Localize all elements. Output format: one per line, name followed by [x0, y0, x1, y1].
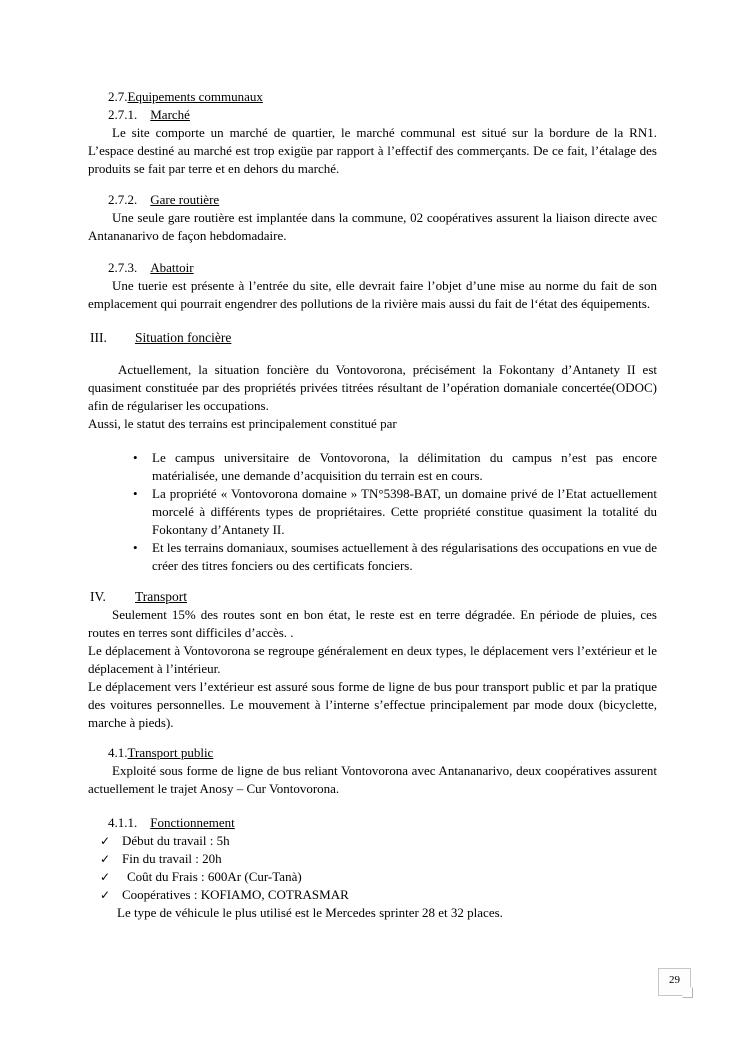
paragraph-transport-3: Le déplacement vers l’extérieur est assu… [88, 678, 657, 732]
heading-2-7-1-title: Marché [150, 107, 190, 122]
bullet-text: Et les terrains domaniaux, soumises actu… [152, 540, 657, 573]
heading-iii-title: Situation foncière [135, 330, 231, 345]
heading-4-1-1: 4.1.1.Fonctionnement [108, 814, 657, 832]
heading-2-7-number: 2.7. [108, 89, 128, 104]
document-content: 2.7.Equipements communaux 2.7.1.Marché L… [88, 88, 657, 922]
heading-iii-number: III. [90, 329, 135, 347]
heading-4-1-title: Transport public [128, 745, 214, 760]
paragraph-transport-1: Seulement 15% des routes sont en bon éta… [88, 606, 657, 642]
bullet-item-campus: •Le campus universitaire de Vontovorona,… [88, 449, 657, 485]
checklist-item-cout: ✓Coût du Frais : 600Ar (Cur-Tanà) [88, 868, 657, 886]
bullet-text: Le campus universitaire de Vontovorona, … [152, 450, 657, 483]
heading-iv-title: Transport [135, 589, 187, 604]
bullet-item-propriete: •La propriété « Vontovorona domaine » TN… [88, 485, 657, 539]
heading-4-1-1-number: 4.1.1. [108, 815, 137, 830]
heading-2-7-3: 2.7.3.Abattoir [108, 259, 657, 277]
checklist-text: Début du travail : 5h [122, 833, 230, 848]
check-icon: ✓ [100, 832, 110, 850]
heading-4-1-number: 4.1. [108, 745, 128, 760]
heading-2-7-1-number: 2.7.1. [108, 107, 137, 122]
heading-2-7-title: Equipements communaux [128, 89, 263, 104]
heading-2-7-1: 2.7.1.Marché [108, 106, 657, 124]
check-icon: ✓ [100, 850, 110, 868]
heading-2-7-3-number: 2.7.3. [108, 260, 137, 275]
page-number-box: 29 [658, 968, 691, 996]
paragraph-situation-intro: Actuellement, la situation foncière du V… [88, 361, 657, 415]
page-number: 29 [669, 971, 680, 989]
heading-2-7-2: 2.7.2.Gare routière [108, 191, 657, 209]
bullet-icon: • [133, 539, 138, 557]
bullet-text: La propriété « Vontovorona domaine » TN°… [152, 486, 657, 537]
check-icon: ✓ [100, 868, 110, 886]
bullet-list: •Le campus universitaire de Vontovorona,… [88, 449, 657, 575]
checklist: ✓Début du travail : 5h ✓Fin du travail :… [88, 832, 657, 904]
bullet-item-terrains: •Et les terrains domaniaux, soumises act… [88, 539, 657, 575]
checklist-text: Coopératives : KOFIAMO, COTRASMAR [122, 887, 349, 902]
checklist-item-fin: ✓Fin du travail : 20h [88, 850, 657, 868]
heading-2-7-3-title: Abattoir [150, 260, 193, 275]
paragraph-situation-intro2: Aussi, le statut des terrains est princi… [88, 415, 657, 433]
paragraph-marche: Le site comporte un marché de quartier, … [88, 124, 657, 178]
heading-2-7: 2.7.Equipements communaux [108, 88, 657, 106]
check-icon: ✓ [100, 886, 110, 904]
checklist-text: Fin du travail : 20h [122, 851, 222, 866]
heading-4-1-1-title: Fonctionnement [150, 815, 235, 830]
bullet-icon: • [133, 485, 138, 503]
paragraph-abattoir: Une tuerie est présente à l’entrée du si… [88, 277, 657, 313]
paragraph-gare: Une seule gare routière est implantée da… [88, 209, 657, 245]
paragraph-transport-2: Le déplacement à Vontovorona se regroupe… [88, 642, 657, 678]
heading-iv-number: IV. [90, 588, 135, 606]
document-page: 2.7.Equipements communaux 2.7.1.Marché L… [0, 0, 745, 1053]
heading-2-7-2-title: Gare routière [150, 192, 219, 207]
paragraph-vehicule: Le type de véhicule le plus utilisé est … [88, 904, 657, 922]
checklist-item-cooperatives: ✓Coopératives : KOFIAMO, COTRASMAR [88, 886, 657, 904]
heading-iv: IV.Transport [90, 588, 657, 606]
heading-4-1: 4.1.Transport public [108, 744, 657, 762]
folded-corner-icon [682, 987, 693, 998]
heading-2-7-2-number: 2.7.2. [108, 192, 137, 207]
bullet-icon: • [133, 449, 138, 467]
heading-iii: III.Situation foncière [90, 329, 657, 347]
checklist-text: Coût du Frais : 600Ar (Cur-Tanà) [127, 869, 302, 884]
checklist-item-debut: ✓Début du travail : 5h [88, 832, 657, 850]
paragraph-transport-public: Exploité sous forme de ligne de bus reli… [88, 762, 657, 798]
